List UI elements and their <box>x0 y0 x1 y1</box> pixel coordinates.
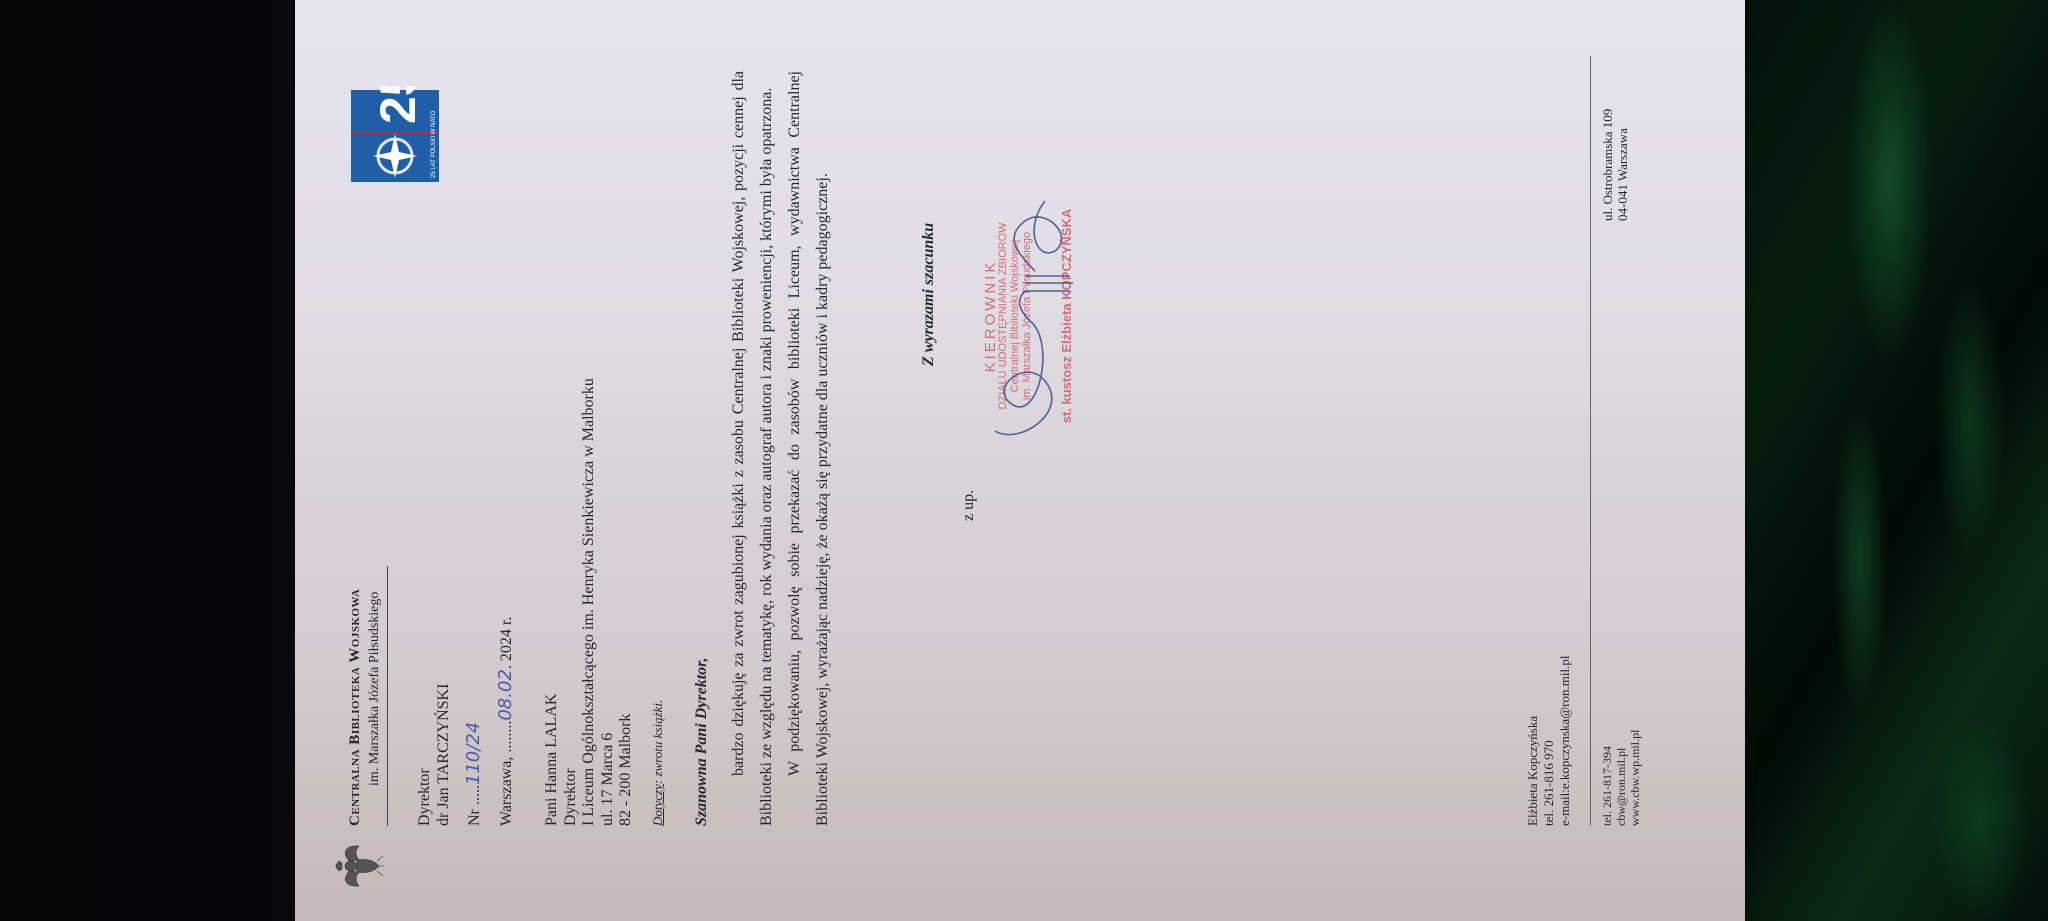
footer-city: 04-041 Warszawa <box>1615 109 1630 221</box>
letter-body: bardzo dziękuję za zwrot zagubionej ksią… <box>725 71 837 826</box>
sender-name: dr Jan TARCZYŃSKI <box>434 684 453 826</box>
regarding-label: Dotyczy <box>650 784 665 826</box>
footer-address: ul. Ostrobramska 109 04-041 Warszawa <box>1600 109 1630 221</box>
regarding-line: Dotyczy: zwrotu książki. <box>650 700 666 826</box>
addressee-city: 82 - 200 Malbork <box>617 378 636 826</box>
sender-title: Dyrektor <box>415 684 434 826</box>
reference-number-handwritten: 110/24 <box>463 722 484 785</box>
polish-eagle-icon <box>335 843 385 889</box>
nato-25-anniversary-logo: 25 25 LAT POLSKI W NATO <box>345 86 445 186</box>
addressee-title: Dyrektor <box>562 378 581 826</box>
closing: Z wyrazami szacunku <box>920 223 938 366</box>
contact-email: e-mail:e.kopczynska@ron.mil.pl <box>1557 656 1573 826</box>
salutation: Szanowna Pani Dyrektor, <box>693 658 711 826</box>
reference-number-line: Nr .....110/24 <box>463 722 484 826</box>
date-line: Warszawa, ........08.02. 2024 r. <box>495 617 516 826</box>
contact-phone: tel. 261-816 970 <box>1541 656 1557 826</box>
addressee-institution: I Liceum Ogólnokształcącego im. Henryka … <box>580 378 599 826</box>
on-behalf-label: z up. <box>960 490 978 521</box>
addressee-block: Pani Hanna LALAK Dyrektor I Liceum Ogóln… <box>543 378 636 826</box>
regarding-text: : zwrotu książki. <box>650 700 665 784</box>
body-paragraph: W podziękowaniu, pozwolę sobie przekazać… <box>781 71 837 826</box>
header-divider <box>387 566 388 826</box>
footer-street: ul. Ostrobramska 109 <box>1600 109 1615 221</box>
svg-text:25 LAT POLSKI W NATO: 25 LAT POLSKI W NATO <box>431 110 437 178</box>
contact-name: Elżbieta Kopczyńska <box>1525 656 1541 826</box>
addressee-street: ul. 17 Marca 6 <box>599 378 618 826</box>
footer-phone: tel. 261-817-394 <box>1600 730 1614 826</box>
green-velvet-background <box>1740 0 2048 921</box>
handwritten-signature <box>975 191 1085 451</box>
institution-subtitle: im. Marszałka Józefa Piłsudskiego <box>367 592 383 786</box>
addressee-name: Pani Hanna LALAK <box>543 378 562 826</box>
place-label: Warszawa, <box>498 753 515 826</box>
footer-contact: tel. 261-817-394 cbw@ron.mil.pl www.cbw.… <box>1600 730 1642 826</box>
footer-website: www.cbw.wp.mil.pl <box>1628 730 1642 826</box>
institution-name: Centralna Biblioteka Wojskowa <box>347 589 364 826</box>
letter-page: Centralna Biblioteka Wojskowa im. Marsza… <box>295 0 1745 921</box>
dark-background-surface <box>0 0 310 921</box>
body-paragraph: bardzo dziękuję za zwrot zagubionej ksią… <box>725 71 781 826</box>
reference-number-label: Nr . <box>466 801 483 826</box>
contact-person-block: Elżbieta Kopczyńska tel. 261-816 970 e-m… <box>1525 656 1573 826</box>
sender-block: Dyrektor dr Jan TARCZYŃSKI <box>415 684 453 826</box>
date-suffix: . 2024 r. <box>498 617 515 669</box>
svg-text:25: 25 <box>370 86 426 124</box>
footer-divider <box>1590 56 1591 826</box>
date-handwritten: 08.02 <box>495 669 516 721</box>
footer-email: cbw@ron.mil.pl <box>1614 730 1628 826</box>
